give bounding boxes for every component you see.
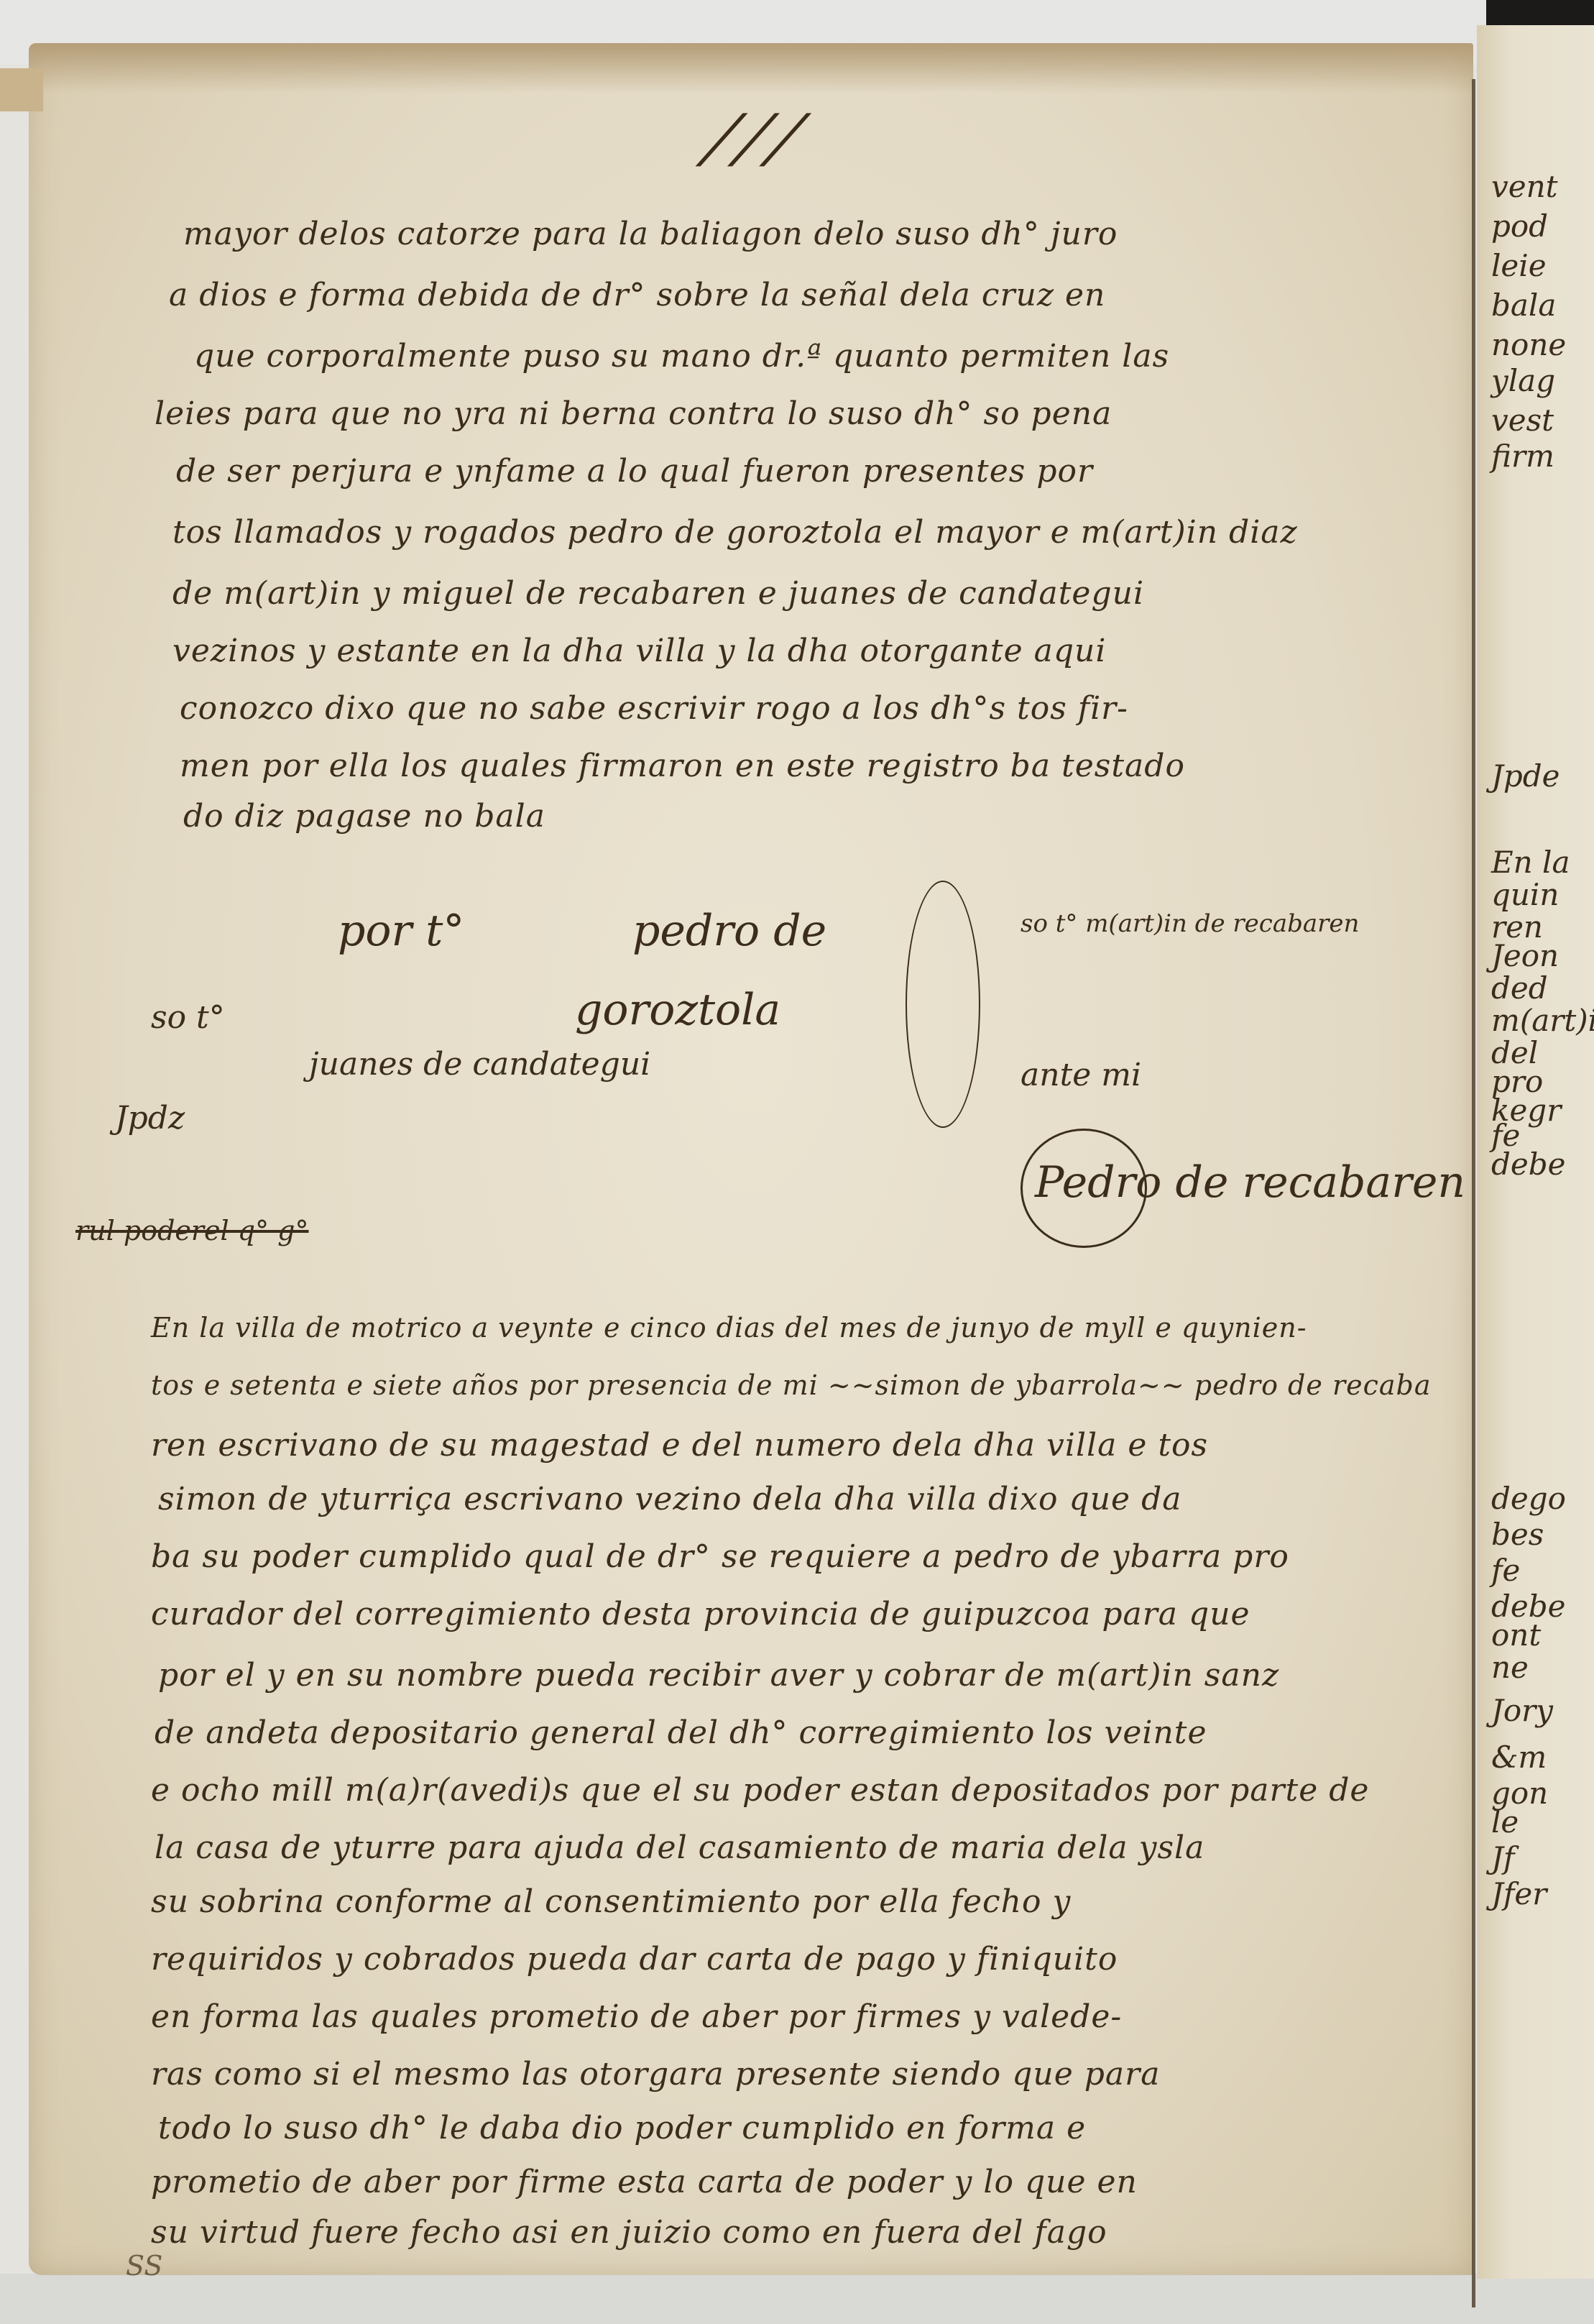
book-gutter: [1472, 79, 1475, 2307]
margin-paraph: Jpdz: [115, 1100, 185, 1136]
text-line: tos e setenta e siete años por presencia…: [151, 1369, 1432, 1401]
right-page-fragment: m(art)in: [1491, 1003, 1594, 1038]
text-line: leies para que no yra ni berna contra lo…: [155, 395, 1112, 432]
right-page-fragment: bala: [1491, 288, 1556, 323]
witness-rubric-flourish: [906, 881, 980, 1128]
right-page-fragment: pod: [1491, 208, 1548, 244]
right-page-fragment: &m: [1491, 1740, 1547, 1775]
text-line: ren escrivano de su magestad e del numer…: [151, 1427, 1208, 1464]
text-line: e ocho mill m(a)r(avedi)s que el su pode…: [151, 1772, 1369, 1809]
scan-backdrop-dark-corner: [1486, 0, 1594, 27]
right-page-fragment: ne: [1491, 1650, 1529, 1685]
witness-1-prefix: por t°: [338, 906, 464, 956]
text-line: mayor delos catorze para la baliagon del…: [183, 216, 1118, 252]
text-line: tos llamados y rogados pedro de goroztol…: [172, 514, 1298, 551]
text-line: que corporalmente puso su mano dr.ª quan…: [194, 338, 1169, 375]
text-line: vezinos y estante en la dha villa y la d…: [172, 633, 1106, 669]
right-page-fragment: En la: [1491, 845, 1570, 880]
text-line: de andeta depositario general del dh° co…: [155, 1714, 1207, 1751]
text-line: su sobrina conforme al consentimiento po…: [151, 1883, 1071, 1920]
right-page-fragment: vent: [1491, 169, 1558, 204]
text-line: ba su poder cumplido qual de dr° se requ…: [151, 1538, 1289, 1575]
text-line: curador del corregimiento desta provinci…: [151, 1596, 1250, 1632]
right-page-fragment: bes: [1491, 1517, 1544, 1552]
text-line: ras como si el mesmo las otorgara presen…: [151, 2056, 1160, 2093]
witness-3-prefix: so t°: [151, 999, 225, 1036]
right-page-fragment: fe: [1491, 1553, 1520, 1588]
right-page-fragment: Jfer: [1491, 1876, 1547, 1911]
text-line: requiridos y cobrados pueda dar carta de…: [151, 1941, 1118, 1978]
text-line: de ser perjura e ynfame a lo qual fueron…: [176, 453, 1093, 490]
right-page-fragment: ont: [1491, 1617, 1541, 1653]
text-line: men por ella los quales firmaron en este…: [180, 748, 1185, 784]
torn-edge-tab: [0, 68, 43, 111]
text-line: simon de yturriça escrivano vezino dela …: [158, 1481, 1181, 1517]
bottom-margin-mark: SS: [126, 2250, 162, 2282]
text-line: en forma las quales prometio de aber por…: [151, 1998, 1122, 2035]
right-page-fragment: debe: [1491, 1147, 1565, 1182]
text-line: En la villa de motrico a veynte e cinco …: [151, 1312, 1307, 1344]
text-line: a dios e forma debida de dr° sobre la se…: [169, 277, 1105, 313]
right-page-fragment: Jf: [1491, 1840, 1514, 1875]
right-page-fragment: leie: [1491, 248, 1547, 283]
right-page-fragment: none: [1491, 327, 1566, 362]
right-page-fragment: quin: [1491, 877, 1559, 912]
notary-rubric-flourish: [1021, 1129, 1147, 1248]
witness-1-name-line1: pedro de: [632, 906, 826, 956]
text-line: de m(art)in y miguel de recabaren e juan…: [172, 575, 1144, 612]
notary-prefix: ante mi: [1021, 1057, 1141, 1093]
right-page-fragment: firm: [1491, 438, 1554, 474]
text-line: todo lo suso dh° le daba dio poder cumpl…: [158, 2110, 1086, 2146]
text-line: la casa de yturre para ajuda del casamie…: [155, 1829, 1204, 1866]
text-line: do diz pagase no bala: [183, 798, 545, 835]
right-page-fragment: ded: [1491, 970, 1548, 1006]
text-line: conozco dixo que no sabe escrivir rogo a…: [180, 690, 1128, 727]
witness-1-name-line2: goroztola: [575, 985, 780, 1035]
right-page-fragment: Jpde: [1491, 758, 1560, 794]
scan-backdrop-bottom: [0, 2274, 1594, 2324]
witness-2-signature: so t° m(art)in de recabaren: [1021, 909, 1359, 938]
witness-3-name: juanes de candategui: [309, 1046, 650, 1083]
right-page-fragment: ylag: [1491, 363, 1555, 398]
right-page-fragment: Jory: [1491, 1693, 1553, 1728]
margin-heading-struck: rul poderel q° g°: [75, 1215, 309, 1246]
text-line: por el y en su nombre pueda recibir aver…: [158, 1657, 1279, 1694]
right-page-fragment: le: [1491, 1804, 1519, 1840]
text-line: prometio de aber por firme esta carta de…: [151, 2164, 1138, 2200]
right-page-fragment: Jeon: [1491, 938, 1559, 973]
right-page-fragment: vest: [1491, 403, 1554, 438]
text-line: su virtud fuere fecho asi en juizio como…: [151, 2214, 1107, 2251]
right-page-fragment: dego: [1491, 1481, 1566, 1516]
